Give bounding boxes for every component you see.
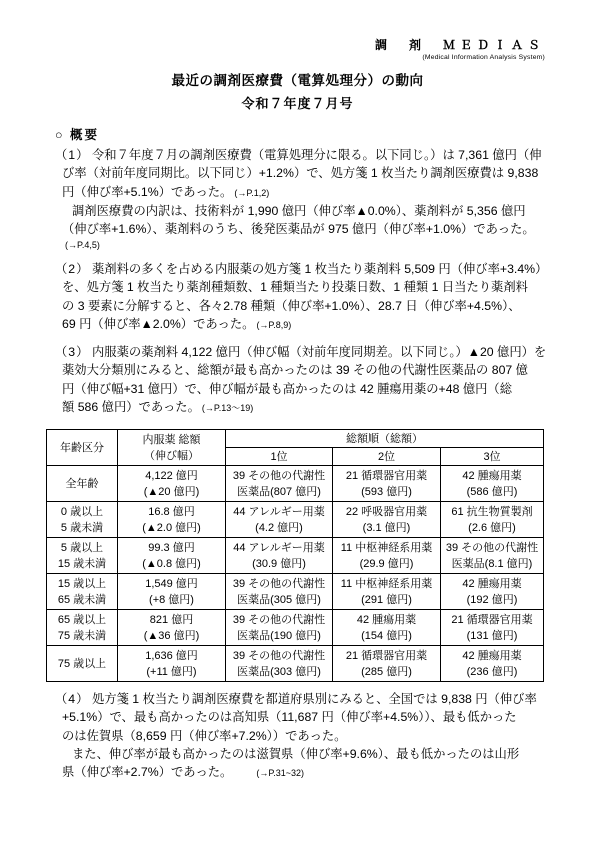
line-text: 円（伸び率+5.1%）であった。 <box>62 185 232 199</box>
cell-line: 21 循環器官用薬 <box>335 468 438 484</box>
cell-rank3: 21 循環器官用薬(131 億円) <box>441 610 544 646</box>
cell-line: 3位 <box>443 449 541 465</box>
cell-rank3: 42 腫瘍用薬(192 億円) <box>441 574 544 610</box>
paragraph-line: 額 586 億円）であった。(→P.13～19) <box>62 398 544 417</box>
document-page: 調 剤 ＭＥＤＩＡＳ (Medical Information Analysis… <box>0 0 595 841</box>
cell-rank3: 61 抗生物質製剤(2.6 億円) <box>441 502 544 538</box>
cell-line: (▲36 億円) <box>120 628 223 644</box>
line-text: （伸び率+1.6%）、薬剤料のうち、後発医薬品が 975 億円（伸び率+1.0%… <box>62 222 535 236</box>
cell-line: 99.3 億円 <box>120 540 223 556</box>
paragraph-line: 薬効大分類別にみると、総額が最も高かったのは 39 その他の代謝性医薬品の 80… <box>62 361 544 379</box>
cell-line: 4,122 億円 <box>120 468 223 484</box>
paragraph-4: （4） 処方箋 1 枚当たり調剤医療費を都道府県別にみると、全国では 9,838… <box>62 690 544 782</box>
paragraph-line: 県（伸び率+2.7%）であった。(→P.31~32) <box>62 763 544 782</box>
line-text: び率（対前年度同期比。以下同じ）+1.2%）で、処方箋 1 枚当たり調剤医療費は… <box>62 166 538 180</box>
cell-line: 21 循環器官用薬 <box>335 648 438 664</box>
cell-age: 15 歳以上65 歳未満 <box>47 574 118 610</box>
line-text: を、処方箋 1 枚当たり薬剤種類数、1 種類当たり投薬日数、1 種類 1 日当た… <box>62 280 528 294</box>
cell-rank1: 39 その他の代謝性医薬品(807 億円) <box>226 466 333 502</box>
cell-line: 全年齢 <box>49 476 115 492</box>
line-text: 令和７年度７月の調剤医療費（電算処理分に限る。以下同じ。）は 7,361 億円（… <box>92 148 542 162</box>
cell-total: 16.8 億円(▲2.0 億円) <box>118 502 226 538</box>
cell-rank3: 42 腫瘍用薬(586 億円) <box>441 466 544 502</box>
cell-line: 75 歳未満 <box>49 628 115 644</box>
cell-line: 821 億円 <box>120 612 223 628</box>
cell-line: 65 歳未満 <box>49 592 115 608</box>
cell-line: 75 歳以上 <box>49 656 115 672</box>
cell-line: 39 その他の代謝性 <box>228 576 330 592</box>
cell-rank2: 21 循環器官用薬(593 億円) <box>333 466 441 502</box>
cell-rank2: 21 循環器官用薬(285 億円) <box>333 646 441 682</box>
cell-line: 5 歳以上 <box>49 540 115 556</box>
paragraph-line: 内服薬の薬剤料 4,122 億円（伸び幅（対前年度同期差。以下同じ。）▲20 億… <box>62 343 544 361</box>
cell-age: 75 歳以上 <box>47 646 118 682</box>
cell-line: 21 循環器官用薬 <box>443 612 541 628</box>
cell-line: (4.2 億円) <box>228 520 330 536</box>
line-text: 薬効大分類別にみると、総額が最も高かったのは 39 その他の代謝性医薬品の 80… <box>62 363 528 377</box>
paragraph-line: 円（伸び幅+31 億円）で、伸び幅が最も高かったのは 42 腫瘍用薬の+48 億… <box>62 380 544 398</box>
cell-line: 年齢区分 <box>49 440 115 456</box>
cell-rank1: 39 その他の代謝性医薬品(303 億円) <box>226 646 333 682</box>
header-rank3: 3位 <box>441 448 544 466</box>
paragraph-1: （1） 令和７年度７月の調剤医療費（電算処理分に限る。以下同じ。）は 7,361… <box>62 146 544 252</box>
cell-line: (+8 億円) <box>120 592 223 608</box>
cell-line: (30.9 億円) <box>228 556 330 572</box>
paragraph-line: の 3 要素に分解すると、各々2.78 種類（伸び率+1.0%）、28.7 日（… <box>62 297 544 315</box>
cell-line: (2.6 億円) <box>443 520 541 536</box>
cell-total: 1,549 億円(+8 億円) <box>118 574 226 610</box>
cell-line: 医薬品(190 億円) <box>228 628 330 644</box>
table-row: 15 歳以上65 歳未満 1,549 億円(+8 億円) 39 その他の代謝性医… <box>47 574 544 610</box>
cell-line: (236 億円) <box>443 664 541 680</box>
cell-line: 内服薬 総額 <box>120 432 223 448</box>
header-age: 年齢区分 <box>47 430 118 466</box>
doc-issue-label: 令和７年度７月号 <box>0 93 595 112</box>
cell-line: (291 億円) <box>335 592 438 608</box>
section-number-2: （2） <box>55 260 89 278</box>
cell-line: 総額順（総額） <box>228 431 541 447</box>
cell-line: 11 中枢神経系用薬 <box>335 540 438 556</box>
cell-line: 42 腫瘍用薬 <box>443 468 541 484</box>
cell-line: (▲2.0 億円) <box>120 520 223 536</box>
cell-line: 16.8 億円 <box>120 504 223 520</box>
line-text: 額 586 億円）であった。 <box>62 400 200 414</box>
header-rank-group: 総額順（総額） <box>226 430 544 448</box>
section-number-3: （3） <box>55 343 89 361</box>
cell-rank1: 44 アレルギー用薬(30.9 億円) <box>226 538 333 574</box>
cell-line: 0 歳以上 <box>49 504 115 520</box>
table-row: 5 歳以上15 歳未満 99.3 億円(▲0.8 億円) 44 アレルギー用薬(… <box>47 538 544 574</box>
cell-line: 39 その他の代謝性 <box>228 648 330 664</box>
page-reference: (→P.4,5) <box>65 238 544 252</box>
cell-line: 医薬品(305 億円) <box>228 592 330 608</box>
paragraph-line: び率（対前年度同期比。以下同じ）+1.2%）で、処方箋 1 枚当たり調剤医療費は… <box>62 164 544 182</box>
line-text: 調剤医療費の内訳は、技術料が 1,990 億円（伸び率▲0.0%）、薬剤料が 5… <box>72 204 526 218</box>
age-breakdown-table: 年齢区分 内服薬 総額 （伸び幅） 総額順（総額） 1位 2位 3位 全年齢 4… <box>46 429 544 682</box>
cell-line: 42 腫瘍用薬 <box>443 576 541 592</box>
cell-line: (154 億円) <box>335 628 438 644</box>
table-row: 全年齢 4,122 億円(▲20 億円) 39 その他の代謝性医薬品(807 億… <box>47 466 544 502</box>
cell-rank3: 39 その他の代謝性医薬品(8.1 億円) <box>441 538 544 574</box>
cell-rank2: 22 呼吸器官用薬(3.1 億円) <box>333 502 441 538</box>
cell-line: 11 中枢神経系用薬 <box>335 576 438 592</box>
cell-line: 44 アレルギー用薬 <box>228 540 330 556</box>
cell-line: 42 腫瘍用薬 <box>335 612 438 628</box>
cell-line: 15 歳未満 <box>49 556 115 572</box>
overview-heading: ○ 概要 <box>55 125 99 143</box>
paragraph-line: のは佐賀県（8,659 円（伸び率+7.2%））であった。 <box>62 727 544 745</box>
cell-line: 39 その他の代謝性 <box>228 612 330 628</box>
cell-rank3: 42 腫瘍用薬(236 億円) <box>441 646 544 682</box>
line-text: 内服薬の薬剤料 4,122 億円（伸び幅（対前年度同期差。以下同じ。）▲20 億… <box>92 345 546 359</box>
line-text: 県（伸び率+2.7%）であった。 <box>62 765 232 779</box>
cell-line: (192 億円) <box>443 592 541 608</box>
cell-line: 44 アレルギー用薬 <box>228 504 330 520</box>
cell-total: 4,122 億円(▲20 億円) <box>118 466 226 502</box>
age-table: 年齢区分 内服薬 総額 （伸び幅） 総額順（総額） 1位 2位 3位 全年齢 4… <box>46 429 544 682</box>
paragraph-line: （伸び率+1.6%）、薬剤料のうち、後発医薬品が 975 億円（伸び率+1.0%… <box>62 220 544 238</box>
line-text: 処方箋 1 枚当たり調剤医療費を都道府県別にみると、全国では 9,838 円（伸… <box>92 692 537 706</box>
paragraph-line: 調剤医療費の内訳は、技術料が 1,990 億円（伸び率▲0.0%）、薬剤料が 5… <box>62 202 544 220</box>
header-total: 内服薬 総額 （伸び幅） <box>118 430 226 466</box>
cell-line: (3.1 億円) <box>335 520 438 536</box>
brand-subtitle: (Medical Information Analysis System) <box>375 54 545 61</box>
cell-rank1: 39 その他の代謝性医薬品(305 億円) <box>226 574 333 610</box>
page-reference: (→P.8,9) <box>256 320 291 330</box>
line-text: 69 円（伸び率▲2.0%）であった。 <box>62 317 254 331</box>
line-text: の 3 要素に分解すると、各々2.78 種類（伸び率+1.0%）、28.7 日（… <box>62 299 521 313</box>
paragraph-line: また、伸び率が最も高かったのは滋賀県（伸び率+9.6%）、最も低かったのは山形 <box>62 745 544 763</box>
page-reference: (→P.31~32) <box>256 768 304 778</box>
cell-line: (29.9 億円) <box>335 556 438 572</box>
cell-line: （伸び幅） <box>120 448 223 464</box>
cell-line: (593 億円) <box>335 484 438 500</box>
cell-line: 医薬品(8.1 億円) <box>443 556 541 572</box>
cell-line: 42 腫瘍用薬 <box>443 648 541 664</box>
cell-total: 99.3 億円(▲0.8 億円) <box>118 538 226 574</box>
cell-rank2: 42 腫瘍用薬(154 億円) <box>333 610 441 646</box>
cell-rank2: 11 中枢神経系用薬(291 億円) <box>333 574 441 610</box>
table-row: 65 歳以上75 歳未満 821 億円(▲36 億円) 39 その他の代謝性医薬… <box>47 610 544 646</box>
cell-line: 1,549 億円 <box>120 576 223 592</box>
paragraph-line: 69 円（伸び率▲2.0%）であった。(→P.8,9) <box>62 315 544 334</box>
cell-rank2: 11 中枢神経系用薬(29.9 億円) <box>333 538 441 574</box>
header-rank1: 1位 <box>226 448 333 466</box>
table-header-row: 年齢区分 内服薬 総額 （伸び幅） 総額順（総額） <box>47 430 544 448</box>
cell-line: 22 呼吸器官用薬 <box>335 504 438 520</box>
paragraph-line: を、処方箋 1 枚当たり薬剤種類数、1 種類当たり投薬日数、1 種類 1 日当た… <box>62 278 544 296</box>
cell-line: 医薬品(807 億円) <box>228 484 330 500</box>
page-reference: (→P.13～19) <box>202 403 253 413</box>
paragraph-line: 円（伸び率+5.1%）であった。(→P.1,2) <box>62 183 544 202</box>
cell-line: (▲0.8 億円) <box>120 556 223 572</box>
cell-total: 821 億円(▲36 億円) <box>118 610 226 646</box>
paragraph-3: （3） 内服薬の薬剤料 4,122 億円（伸び幅（対前年度同期差。以下同じ。）▲… <box>62 343 544 417</box>
cell-line: 39 その他の代謝性 <box>443 540 541 556</box>
cell-total: 1,636 億円(+11 億円) <box>118 646 226 682</box>
line-text: 円（伸び幅+31 億円）で、伸び幅が最も高かったのは 42 腫瘍用薬の+48 億… <box>62 382 512 396</box>
line-text: のは佐賀県（8,659 円（伸び率+7.2%））であった。 <box>62 729 346 743</box>
cell-line: 15 歳以上 <box>49 576 115 592</box>
cell-rank1: 39 その他の代謝性医薬品(190 億円) <box>226 610 333 646</box>
cell-line: (▲20 億円) <box>120 484 223 500</box>
paragraph-2: （2） 薬剤料の多くを占める内服薬の処方箋 1 枚当たり薬剤料 5,509 円（… <box>62 260 544 334</box>
line-text: また、伸び率が最も高かったのは滋賀県（伸び率+9.6%）、最も低かったのは山形 <box>72 747 519 761</box>
brand-header: 調 剤 ＭＥＤＩＡＳ (Medical Information Analysis… <box>375 36 545 61</box>
table-row: 0 歳以上5 歳未満 16.8 億円(▲2.0 億円) 44 アレルギー用薬(4… <box>47 502 544 538</box>
header-rank2: 2位 <box>333 448 441 466</box>
paragraph-line: 令和７年度７月の調剤医療費（電算処理分に限る。以下同じ。）は 7,361 億円（… <box>62 146 544 164</box>
section-number-1: （1） <box>55 146 89 164</box>
line-text: 薬剤料の多くを占める内服薬の処方箋 1 枚当たり薬剤料 5,509 円（伸び率+… <box>92 262 547 276</box>
cell-line: (+11 億円) <box>120 664 223 680</box>
cell-line: 5 歳未満 <box>49 520 115 536</box>
cell-age: 65 歳以上75 歳未満 <box>47 610 118 646</box>
cell-age: 0 歳以上5 歳未満 <box>47 502 118 538</box>
doc-title: 最近の調剤医療費（電算処理分）の動向 <box>0 69 595 89</box>
cell-rank1: 44 アレルギー用薬(4.2 億円) <box>226 502 333 538</box>
cell-line: 医薬品(303 億円) <box>228 664 330 680</box>
table-row: 75 歳以上 1,636 億円(+11 億円) 39 その他の代謝性医薬品(30… <box>47 646 544 682</box>
paragraph-line: +5.1%）で、最も高かったのは高知県（11,687 円（伸び率+4.5%））、… <box>62 708 544 726</box>
cell-line: 1位 <box>228 449 330 465</box>
cell-line: (586 億円) <box>443 484 541 500</box>
cell-age: 全年齢 <box>47 466 118 502</box>
cell-line: 61 抗生物質製剤 <box>443 504 541 520</box>
page-reference: (→P.1,2) <box>234 188 269 198</box>
cell-age: 5 歳以上15 歳未満 <box>47 538 118 574</box>
section-number-4: （4） <box>55 690 89 708</box>
cell-line: 2位 <box>335 449 438 465</box>
brand-title: 調 剤 ＭＥＤＩＡＳ <box>375 36 545 53</box>
cell-line: 65 歳以上 <box>49 612 115 628</box>
cell-line: (285 億円) <box>335 664 438 680</box>
line-text: +5.1%）で、最も高かったのは高知県（11,687 円（伸び率+4.5%））、… <box>62 710 517 724</box>
cell-line: 1,636 億円 <box>120 648 223 664</box>
cell-line: 39 その他の代謝性 <box>228 468 330 484</box>
paragraph-line: 処方箋 1 枚当たり調剤医療費を都道府県別にみると、全国では 9,838 円（伸… <box>62 690 544 708</box>
cell-line: (131 億円) <box>443 628 541 644</box>
paragraph-line: 薬剤料の多くを占める内服薬の処方箋 1 枚当たり薬剤料 5,509 円（伸び率+… <box>62 260 544 278</box>
